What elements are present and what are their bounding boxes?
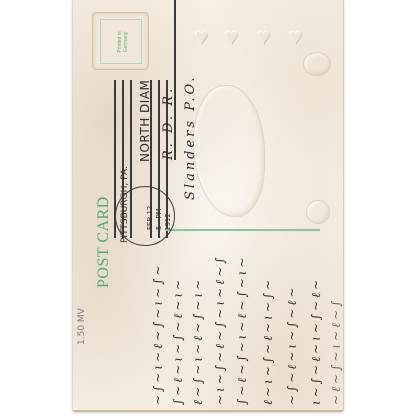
- embossed-swan-shape: [193, 85, 265, 217]
- handwritten-address-line: ℓ~∫~ɩ~ℓ~∫~ɩ~: [191, 277, 206, 405]
- handwritten-line: R. D. R.: [161, 86, 176, 160]
- handwritten-address-line: ℓ~ɩ~∫~ℓ~ɩ~∫~: [261, 277, 276, 405]
- embossed-heart-icon: ♥: [195, 28, 217, 46]
- handwritten-address-line: ɩ~∫~ℓ~ɩ~∫~ℓ~: [309, 277, 324, 405]
- postmark-year: 1912: [164, 213, 172, 231]
- handwritten-line: Slanders P.O.: [183, 75, 198, 201]
- address-divider-line: [166, 229, 320, 231]
- embossed-heart-icon: ♥: [257, 28, 279, 46]
- embossed-heart-icon: ♥: [225, 28, 247, 46]
- handwritten-address-line: ∫~ℓ~∫~ɩ~ℓ~∫~ɩ~: [235, 254, 250, 405]
- embossed-flower-icon: [306, 200, 330, 224]
- postcard: ♥ ♥ ♥ ♥ Printed in Germany NORTH DIAM PO…: [72, 0, 344, 412]
- embossed-flower-icon: [303, 52, 331, 76]
- handwritten-address-line: ~ɩ~∫~ℓ~∫~ɩ~ℓ~∫: [213, 254, 228, 405]
- handwritten-address-line: ~∫~ℓ~ɩ~∫~ℓ~: [285, 284, 300, 405]
- handwritten-address-line: ~∫~ɩ~ℓ~∫~ɩ~∫~: [151, 262, 166, 405]
- postmark-city: PITTSBURGH, PA.: [120, 166, 130, 243]
- handwritten-address-line: ~ℓ~∫~ɩ~ℓ~∫: [329, 298, 344, 405]
- embossed-heart-icon: ♥: [289, 28, 311, 46]
- postmark-time: 5 - PM: [155, 208, 163, 230]
- postmark-date: FEB 12: [146, 206, 154, 230]
- cancel-text: NORTH DIAM: [138, 72, 152, 162]
- post-card-heading: POST CARD: [95, 196, 113, 288]
- pencil-price-note: 1.50 MV: [77, 308, 87, 345]
- handwritten-address-line: ∫~ℓ~ɩ~∫~ℓ~ɩ~: [171, 277, 186, 405]
- postmark-circle: PITTSBURGH, PA. FEB 12 5 - PM 1912: [115, 186, 175, 246]
